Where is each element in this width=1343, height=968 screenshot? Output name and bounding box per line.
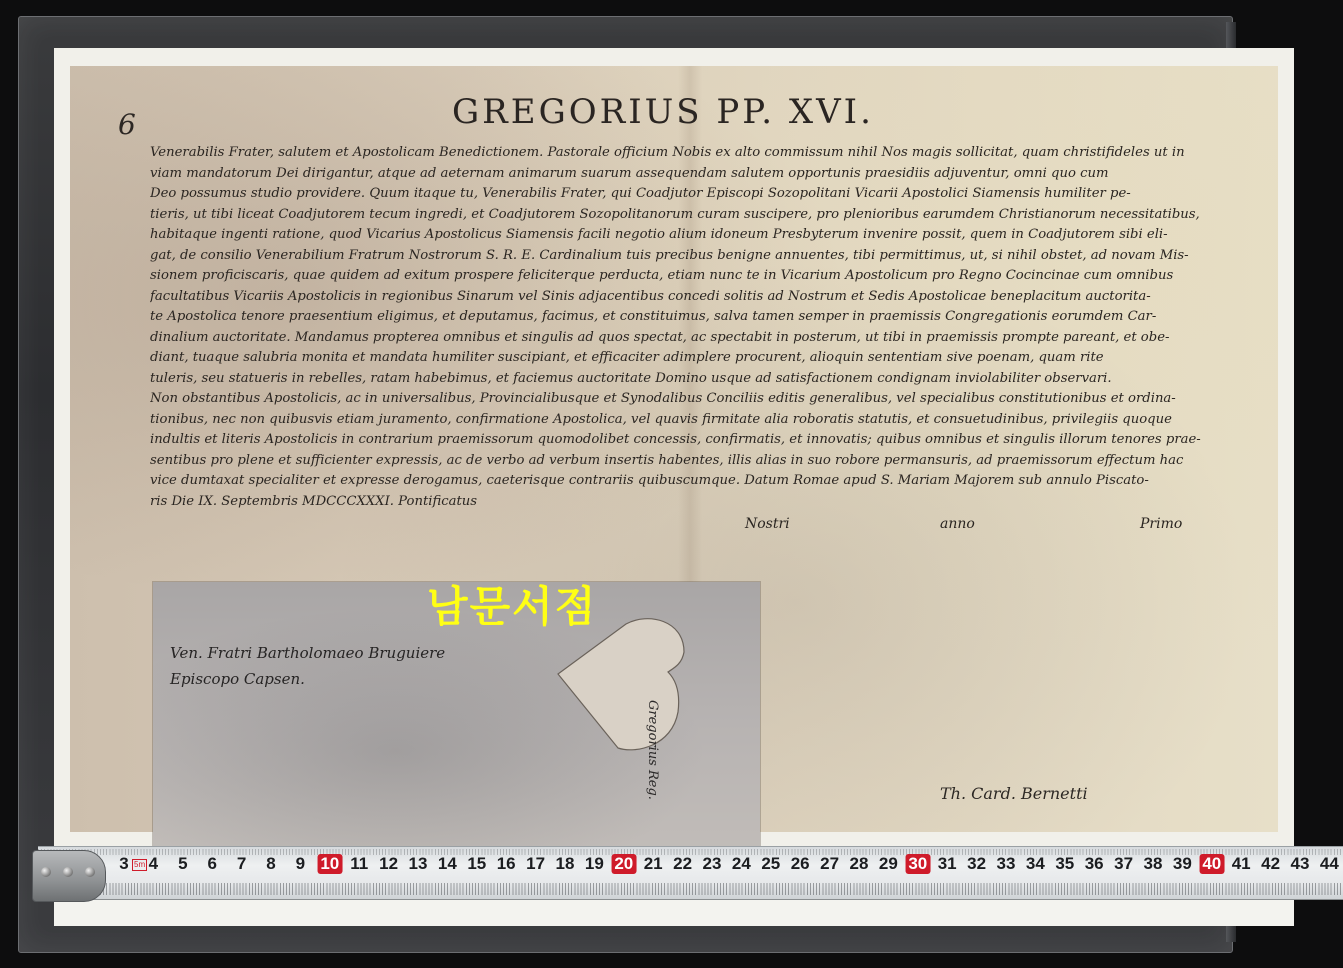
tape-hook	[32, 850, 106, 902]
seal-signature: Gregorius Reg.	[645, 700, 660, 800]
document-title: GREGORIUS PP. XVI.	[452, 92, 832, 132]
tape-number: 22	[673, 854, 692, 874]
dating-anno: anno	[940, 516, 975, 532]
tape-number: 20	[611, 854, 636, 874]
body-line: habitaque ingenti ratione, quod Vicarius…	[150, 225, 1246, 246]
tape-ticks	[38, 883, 1343, 895]
tape-number: 32	[967, 854, 986, 874]
body-line: gat, de consilio Venerabilium Fratrum No…	[150, 246, 1246, 267]
tape-number: 44	[1320, 854, 1339, 874]
tape-number: 25	[761, 854, 780, 874]
dating-primo: Primo	[1140, 516, 1182, 532]
body-line: vice dumtaxat specialiter et expresse de…	[150, 471, 1246, 492]
body-line: ris Die IX. Septembris MDCCCXXXI. Pontif…	[150, 492, 1246, 513]
rivet-icon	[41, 867, 51, 877]
tape-number: 28	[850, 854, 869, 874]
tape-number: 40	[1199, 854, 1224, 874]
body-line: sionem proficiscaris, quae quidem ad exi…	[150, 266, 1246, 287]
page-number: 6	[118, 108, 136, 141]
tape-number: 16	[497, 854, 516, 874]
tape-number: 10	[317, 854, 342, 874]
cardinal-signature: Th. Card. Bernetti	[940, 784, 1088, 803]
seller-watermark: 남문서점	[427, 574, 597, 634]
body-line: tuleris, seu statueris in rebelles, rata…	[150, 369, 1246, 390]
dating-nostri: Nostri	[745, 516, 790, 532]
address-line: Episcopo Capsen.	[170, 666, 445, 692]
tape-number: 18	[556, 854, 575, 874]
tape-number: 29	[879, 854, 898, 874]
tape-number: 43	[1291, 854, 1310, 874]
tape-number: 33	[997, 854, 1016, 874]
tape-number: 15	[467, 854, 486, 874]
tape-number: 3	[119, 854, 128, 874]
tape-number: 6	[207, 854, 216, 874]
tape-number: 34	[1026, 854, 1045, 874]
body-line: facultatibus Vicariis Apostolicis in reg…	[150, 287, 1246, 308]
tape-number: 12	[379, 854, 398, 874]
tape-number: 27	[820, 854, 839, 874]
body-line: tieris, ut tibi liceat Coadjutorem tecum…	[150, 205, 1246, 226]
tape-number: 5	[178, 854, 187, 874]
tape-number: 17	[526, 854, 545, 874]
tape-number: 23	[703, 854, 722, 874]
tape-number: 11	[350, 854, 368, 874]
mount-bottom-strip	[54, 898, 1294, 926]
tape-number: 36	[1085, 854, 1104, 874]
address-block: Ven. Fratri Bartholomaeo Bruguiere Episc…	[170, 640, 445, 692]
tape-number: 26	[791, 854, 810, 874]
tape-number: 35	[1055, 854, 1074, 874]
rivet-icon	[63, 867, 73, 877]
tape-number: 41	[1232, 854, 1251, 874]
body-line: Venerabilis Frater, salutem et Apostolic…	[150, 143, 1246, 164]
body-line: te Apostolica tenore praesentium eligimu…	[150, 307, 1246, 328]
tape-number: 9	[296, 854, 305, 874]
body-line: tionibus, nec non quibusvis etiam jurame…	[150, 410, 1246, 431]
body-line: diant, tuaque salubria monita et mandata…	[150, 348, 1246, 369]
body-line: indultis et literis Apostolicis in contr…	[150, 430, 1246, 451]
body-line: Non obstantibus Apostolicis, ac in unive…	[150, 389, 1246, 410]
tape-number: 42	[1261, 854, 1280, 874]
rivet-icon	[85, 867, 95, 877]
tape-number: 19	[585, 854, 604, 874]
document-body: Venerabilis Frater, salutem et Apostolic…	[150, 143, 1246, 512]
body-line: viam mandatorum Dei dirigantur, atque ad…	[150, 164, 1246, 185]
body-line: sentibus pro plene et sufficienter expre…	[150, 451, 1246, 472]
tape-number: 38	[1144, 854, 1163, 874]
body-line: Deo possumus studio providere. Quum itaq…	[150, 184, 1246, 205]
heart-seal-icon	[556, 616, 706, 766]
tape-number: 4	[149, 854, 158, 874]
tape-number: 14	[438, 854, 457, 874]
address-line: Ven. Fratri Bartholomaeo Bruguiere	[170, 640, 445, 666]
body-line: dinalium auctoritate. Mandamus propterea…	[150, 328, 1246, 349]
tape-number: 24	[732, 854, 751, 874]
tape-number: 39	[1173, 854, 1192, 874]
tape-number: 30	[905, 854, 930, 874]
tape-number: 8	[266, 854, 275, 874]
tape-length-badge: 5m	[132, 859, 147, 871]
tape-number: 13	[409, 854, 428, 874]
tape-number: 7	[237, 854, 246, 874]
tape-number: 37	[1114, 854, 1133, 874]
tape-number: 21	[644, 854, 663, 874]
tape-number: 31	[938, 854, 957, 874]
